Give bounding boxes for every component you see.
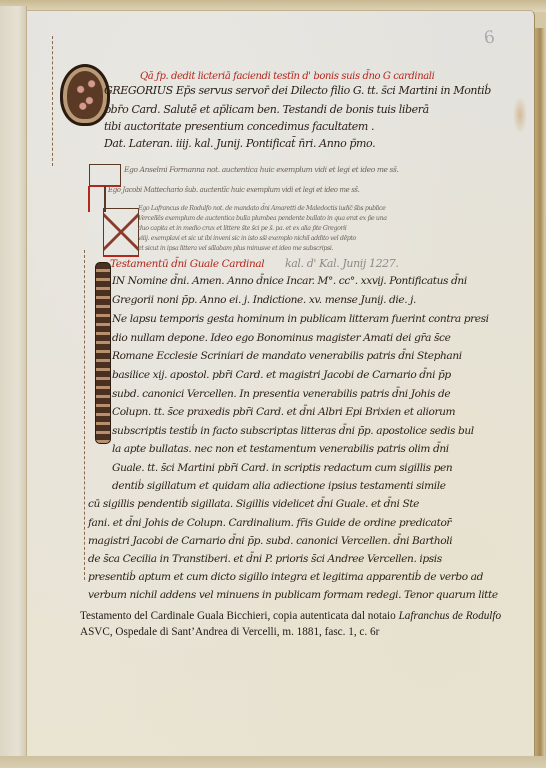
text-line: dentiḃ sigillatum et quidam alia adiect… (112, 480, 446, 492)
wax-spots (36, 730, 316, 738)
text-line: subscriptis testiḃ in facto subscriptas… (112, 425, 474, 437)
caption-line-2: ASVC, Ospedale di Sant’Andrea di Vercell… (80, 624, 530, 640)
text-line: Colupn. tt. s̄ce praxedis pbr̄i Card. et… (112, 406, 455, 418)
notary-subscription: et sicut in ipsa littera vel sillabam pl… (138, 245, 333, 252)
text-line: Guale. tt. s̄ci Martini pbr̄i Card. in s… (112, 462, 452, 474)
marginal-flourish (52, 36, 53, 166)
text-line: la apte bullatas. nec non et testamentum… (112, 443, 449, 455)
pencil-annotation: kal. d' Kal. Junij 1227. (285, 257, 398, 270)
illuminated-initial-i (95, 262, 111, 444)
text-line: dio nullam depone. Ideo ego Bonominus ma… (112, 332, 450, 344)
text-line: Gregorii noni p̄p. Anno ei. j. Indiction… (112, 294, 416, 306)
text-line: presentiḃ aptum et cum dicto sigillo in… (88, 571, 483, 583)
text-line: magistri Jacobi de Carnario d̄ni p̄p. su… (88, 535, 452, 547)
text-line: Dat. Lateran. iiij. kal. Junij. Pontific… (104, 137, 375, 150)
text-line: tibi auctoritate presentium concedimus f… (104, 120, 374, 133)
notary-subscription: Vercellēs exemplum de auctentica bulla … (138, 215, 387, 222)
marginal-flourish-long (84, 250, 85, 580)
notary-subscription: Ego Anselmi Formanna not. auctentica hui… (124, 165, 398, 174)
text-line: cū sigillis pendentiḃ sigillata. Sigil… (88, 498, 419, 510)
text-line: GREGORIUS Ep̄s servus servor̄ dei Dilect… (104, 84, 491, 97)
text-line: Ne lapsu temporis gesta hominum in publi… (112, 313, 489, 325)
text-line: pbr̄o Card. Salutē et ap̄licam ben. Test… (104, 103, 429, 116)
notary-subscription: viiij. exemplavi et sic ut ibi inveni si… (138, 235, 356, 242)
caption-notary-name: Lafranchus de Rodulfo (399, 610, 502, 622)
text-line: IN Nomine d̄ni. Amen. Anno d̄nice Incar.… (112, 275, 467, 287)
notary-subscription: Ego Jacobi Mattechario s̄ub. auctentīc … (108, 186, 359, 194)
image-caption: Testamento del Cardinale Guala Bicchieri… (80, 608, 530, 640)
illuminated-initial-g (60, 64, 110, 126)
caption-line-1: Testamento del Cardinale Guala Bicchieri… (80, 608, 530, 624)
notary-subscription: Ego Lafrancus de Rodulfo not. de mandato… (138, 205, 385, 212)
caption-title: Testamento del Cardinale Guala Bicchieri… (80, 610, 399, 622)
water-stain (513, 96, 527, 134)
text-line: fani. et d̄ni Johis de Colupn. Cardinali… (88, 517, 451, 529)
binding-bottom-edge (0, 756, 546, 768)
text-line: subd. canonici Vercellen. In presentia v… (112, 388, 450, 400)
text-line: verbum nichil addens vel minuens in publ… (88, 589, 498, 601)
notary-signum-hourglass (103, 208, 139, 257)
rubric-line: Qă ƒp. dedit licteriā faciendi testīn d… (140, 71, 434, 82)
notary-subscription: duo capita et in medio crux et littere s… (138, 225, 346, 232)
text-line: Romane Ecclesie Scriniari de mandato ven… (112, 350, 462, 362)
facing-leaf-edge (0, 6, 27, 758)
text-line: de s̄ca Cecilia in Transtiberi. et d̄ni … (88, 553, 442, 565)
text-line: basilice xij. apostol. pbr̄i Card. et ma… (112, 369, 451, 381)
rubric-heading: Testamentū d̄ni Guale Cardinal (110, 258, 264, 270)
notary-signum-crown (89, 164, 121, 187)
